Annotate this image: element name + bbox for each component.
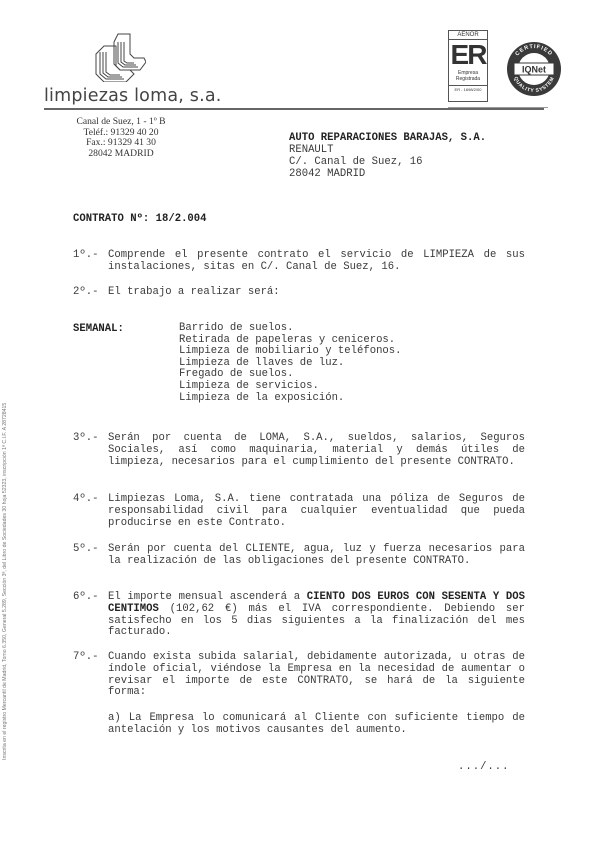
registry-legal-text: Inscrita en el registro Mercantil de Mad… bbox=[2, 290, 8, 760]
company-logo-icon bbox=[90, 32, 146, 82]
aenor-number: ER - 1698/2/00 bbox=[449, 85, 487, 93]
clause-number: 5º.- bbox=[73, 544, 98, 556]
badge-divider bbox=[448, 107, 548, 108]
task-item: Limpieza de servicios. bbox=[179, 381, 402, 393]
clause-number: 4º.- bbox=[73, 494, 98, 506]
aenor-certification-badge: AENOR ER Empresa Registrada ER - 1698/2/… bbox=[448, 30, 488, 102]
task-item: Limpieza de la exposición. bbox=[179, 393, 402, 405]
header-divider bbox=[44, 108, 544, 110]
continued-mark: .../... bbox=[458, 761, 510, 773]
clause-text: Limpiezas Loma, S.A. tiene contratada un… bbox=[108, 494, 525, 529]
brand-name: limpiezas loma, s.a. bbox=[44, 86, 222, 106]
clause-1: 1º.- Comprende el presente contrato el s… bbox=[73, 250, 525, 274]
company-address: Canal de Suez, 1 - 1º B Teléf.: 91329 40… bbox=[66, 117, 176, 159]
weekly-task-list: Barrido de suelos. Retirada de papeleras… bbox=[179, 323, 402, 404]
clause-6: 6º.- El importe mensual ascenderá a CIEN… bbox=[73, 592, 525, 639]
recipient-line: 28042 MADRID bbox=[289, 168, 486, 180]
clause-number: 3º.- bbox=[73, 433, 98, 445]
clause-text-part: (102,62 €) más el IVA correspondiente. D… bbox=[108, 603, 525, 639]
clause-text: El trabajo a realizar será: bbox=[108, 287, 525, 299]
clause-3: 3º.- Serán por cuenta de LOMA, S.A., sue… bbox=[73, 433, 525, 468]
task-item: Barrido de suelos. bbox=[179, 323, 402, 335]
schedule-label: SEMANAL: bbox=[73, 323, 124, 335]
recipient-name: AUTO REPARACIONES BARAJAS, S.A. bbox=[289, 132, 486, 144]
svg-text:IQNet: IQNet bbox=[522, 65, 546, 75]
clause-2: 2º.- El trabajo a realizar será: bbox=[73, 287, 525, 299]
clause-7a: a) La Empresa lo comunicará al Cliente c… bbox=[108, 713, 525, 737]
recipient-address-block: AUTO REPARACIONES BARAJAS, S.A. RENAULT … bbox=[289, 132, 486, 180]
er-mark-icon: ER bbox=[449, 40, 487, 70]
address-line: Canal de Suez, 1 - 1º B bbox=[66, 117, 176, 128]
recipient-line: C/. Canal de Suez, 16 bbox=[289, 156, 486, 168]
clause-text: El importe mensual ascenderá a CIENTO DO… bbox=[108, 592, 525, 639]
clause-text: Comprende el presente contrato el servic… bbox=[108, 250, 525, 274]
clause-number: 6º.- bbox=[73, 592, 98, 604]
aenor-caption: Registrada bbox=[449, 76, 487, 82]
clause-number: 2º.- bbox=[73, 287, 98, 299]
iqnet-certified-seal-icon: IQNet CERTIFIED QUALITY SYSTEM bbox=[505, 40, 563, 98]
contract-number: CONTRATO Nº: 18/2.004 bbox=[73, 213, 207, 225]
clause-7: 7º.- Cuando exista subida salarial, debi… bbox=[73, 652, 525, 699]
clause-number: 7º.- bbox=[73, 652, 98, 664]
fax-line: Fax.: 91329 41 30 bbox=[66, 138, 176, 149]
clause-text: Cuando exista subida salarial, debidamen… bbox=[108, 652, 525, 699]
recipient-line: RENAULT bbox=[289, 144, 486, 156]
clause-text: Serán por cuenta del CLIENTE, agua, luz … bbox=[108, 544, 525, 568]
clause-5: 5º.- Serán por cuenta del CLIENTE, agua,… bbox=[73, 544, 525, 568]
clause-number: 1º.- bbox=[73, 250, 98, 262]
clause-4: 4º.- Limpiezas Loma, S.A. tiene contrata… bbox=[73, 494, 525, 529]
city-line: 28042 MADRID bbox=[66, 149, 176, 160]
clause-text-part: El importe mensual ascenderá a bbox=[108, 591, 307, 603]
clause-text: Serán por cuenta de LOMA, S.A., sueldos,… bbox=[108, 433, 525, 468]
